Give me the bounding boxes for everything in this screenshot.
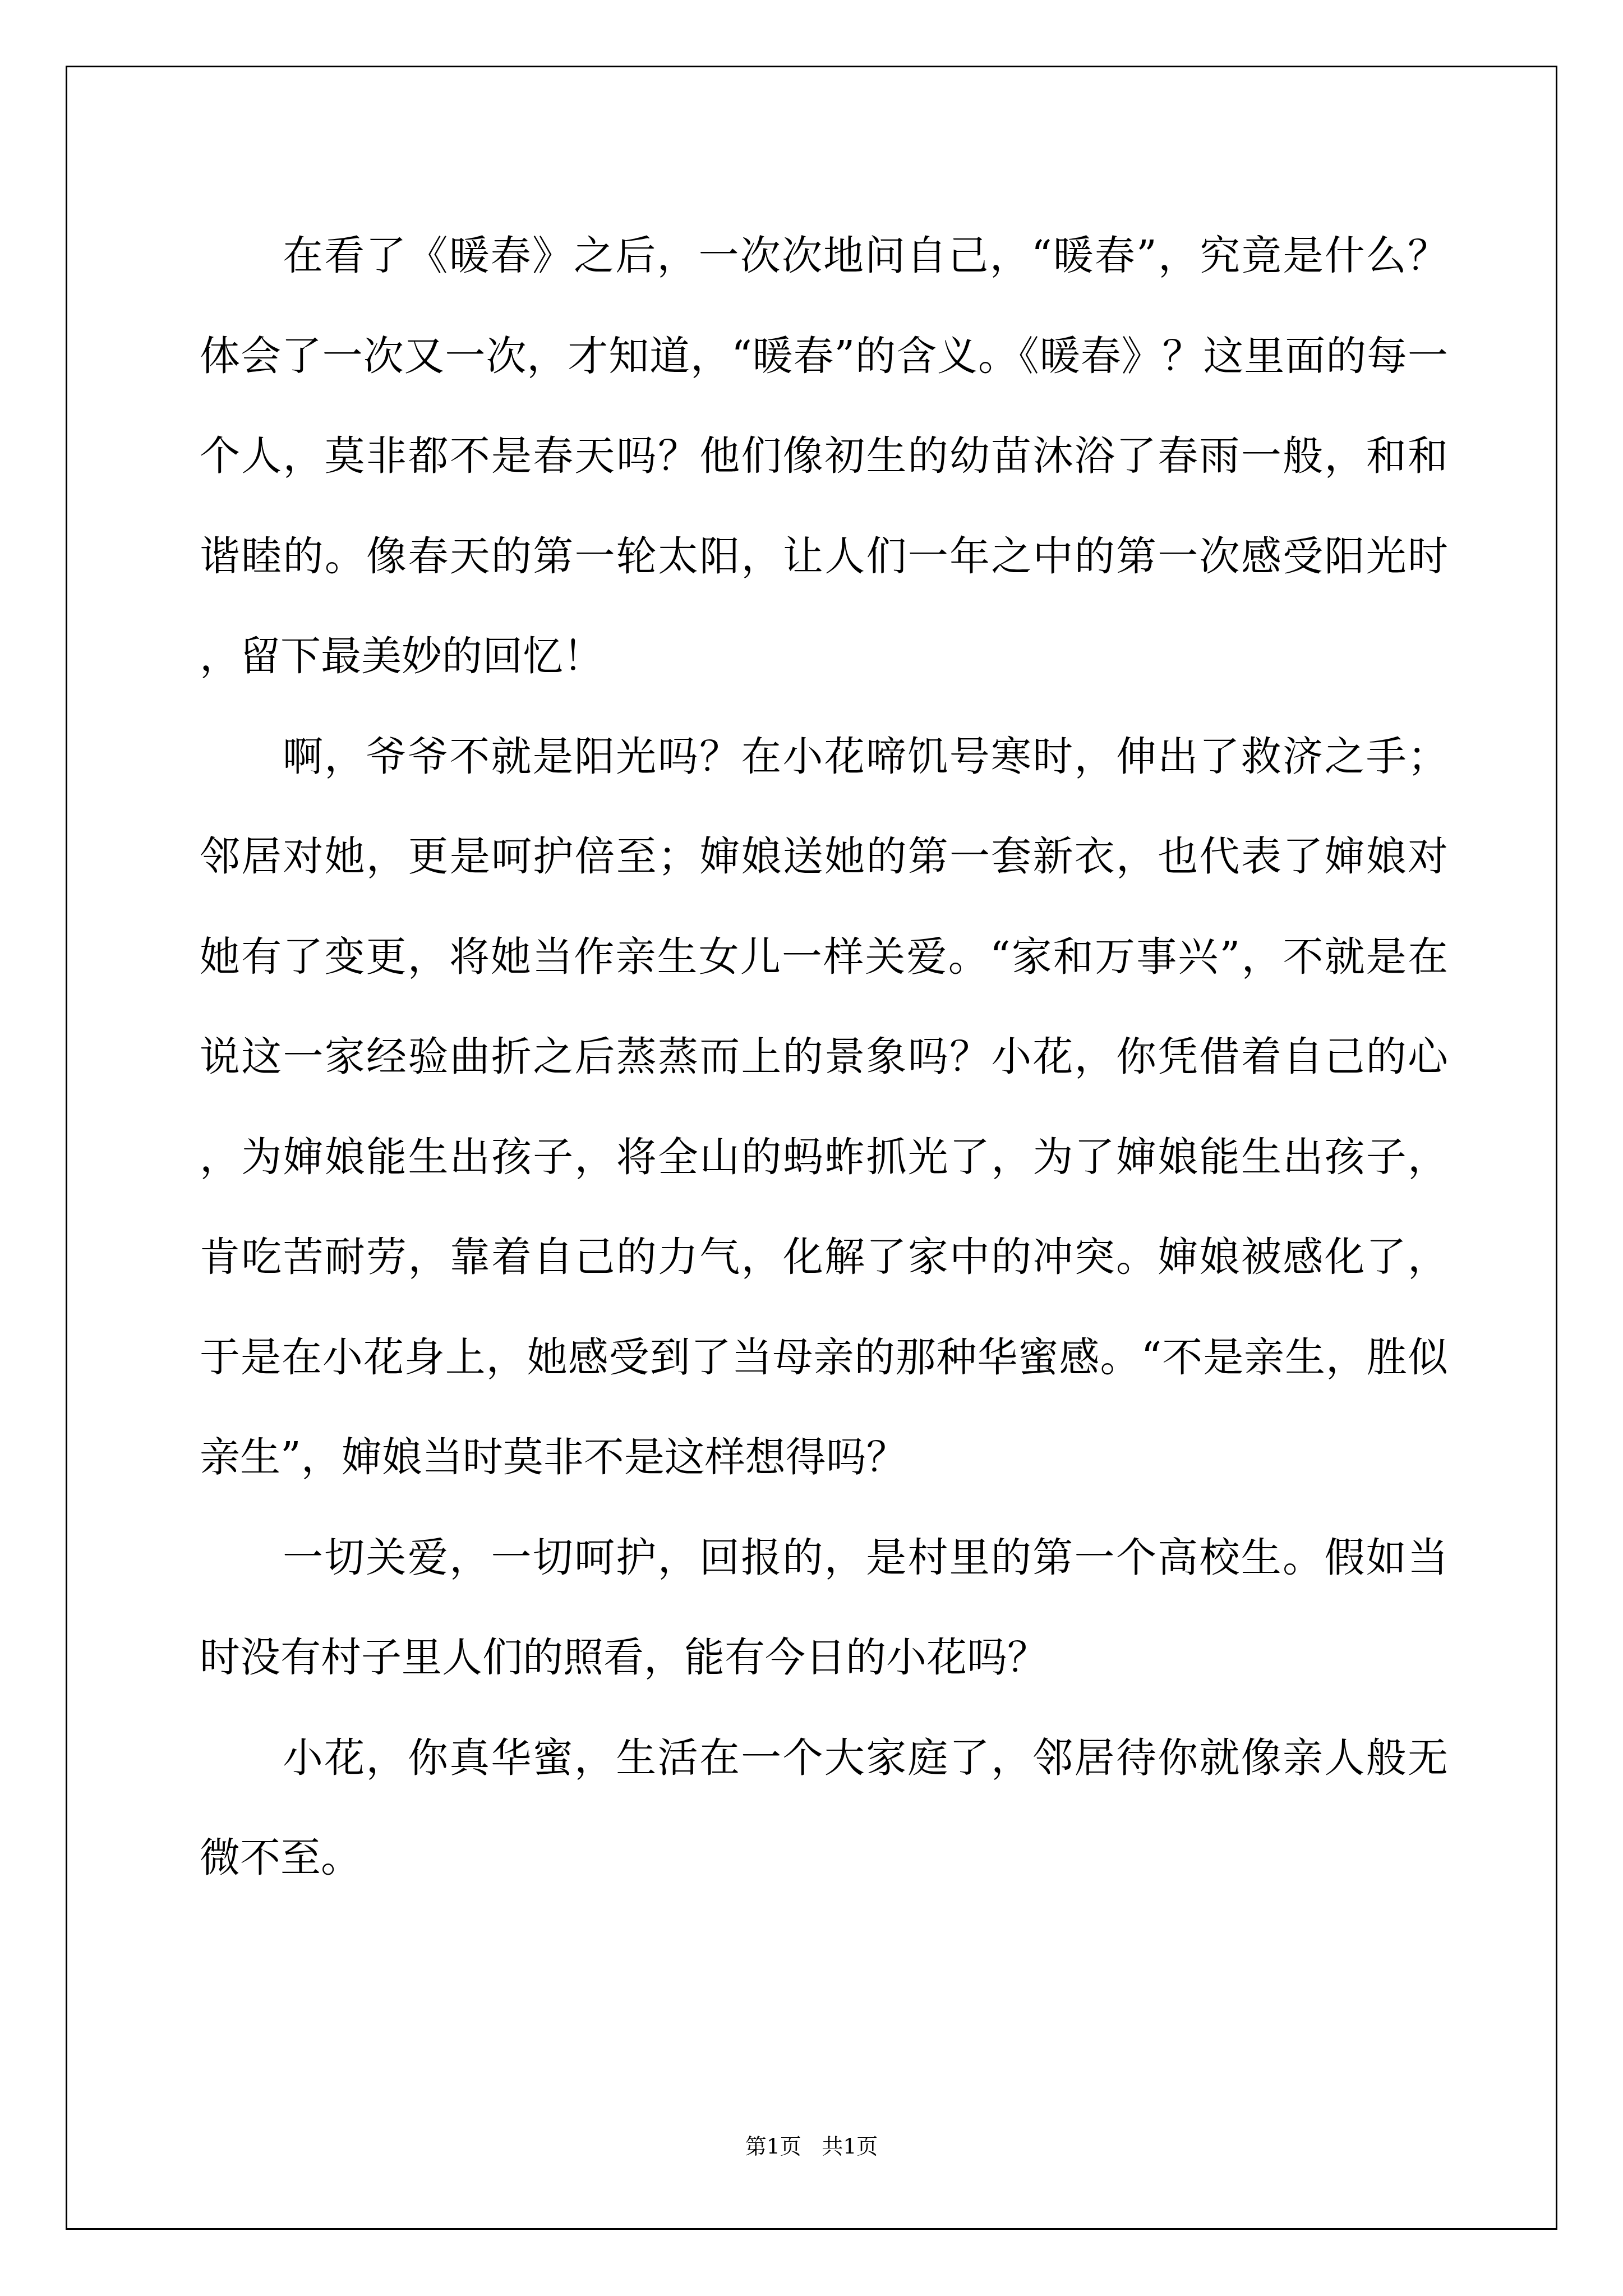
- paragraph-2: 啊，爷爷不就是阳光吗？在小花啼饥号寒时，伸出了救济之手；邻居对她，更是呵护倍至；…: [200, 706, 1448, 1507]
- paragraph-1: 在看了《暖春》之后，一次次地问自己，“暖春”，究竟是什么？体会了一次又一次，才知…: [200, 205, 1448, 706]
- page-footer: 第1页 共1页: [0, 2129, 1623, 2160]
- footer-separator: [801, 2134, 822, 2159]
- page-number-total: 共1页: [822, 2134, 878, 2159]
- paragraph-3: 一切关爱，一切呵护，回报的，是村里的第一个高校生。假如当时没有村子里人们的照看，…: [200, 1507, 1448, 1708]
- paragraph-4: 小花，你真华蜜，生活在一个大家庭了，邻居待你就像亲人般无微不至。: [200, 1708, 1448, 1908]
- page-number-current: 第1页: [745, 2134, 801, 2159]
- document-body: 在看了《暖春》之后，一次次地问自己，“暖春”，究竟是什么？体会了一次又一次，才知…: [200, 205, 1448, 1908]
